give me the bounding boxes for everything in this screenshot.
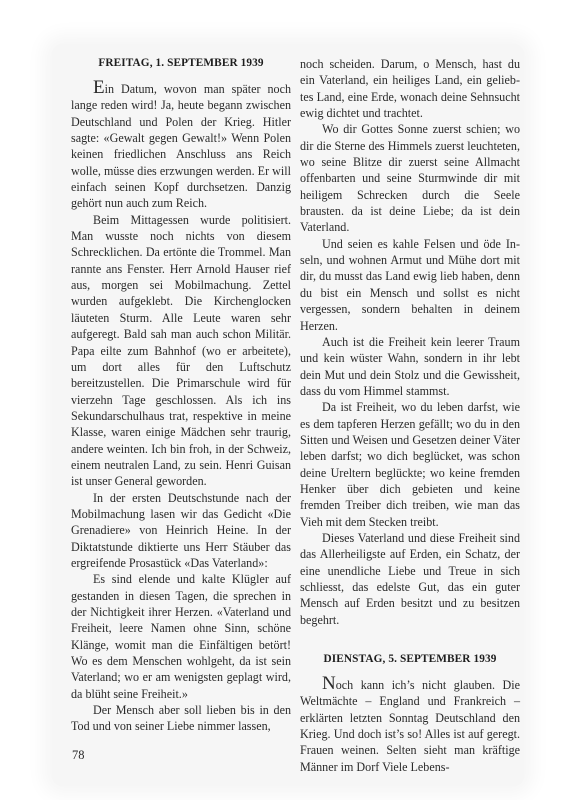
quoted-paragraph: Auch ist die Freiheit kein leerer Traum …: [300, 334, 520, 399]
paragraph: In der ersten Deutschstunde nach der Mob…: [71, 490, 291, 572]
quoted-paragraph: Und seien es kahle Felsen und öde In­sel…: [300, 236, 520, 334]
page-number: 78: [72, 748, 85, 763]
paragraph: Beim Mittagessen wurde politisiert. Man …: [71, 212, 291, 490]
drop-cap: N: [322, 673, 336, 694]
diary-entry-heading: FREITAG, 1. SEPTEMBER 1939: [71, 56, 291, 70]
quoted-paragraph: noch scheiden. Darum, o Mensch, hast du …: [300, 56, 520, 121]
paragraph: Ein Datum, wovon man später noch lange r…: [71, 81, 291, 212]
quoted-paragraph: Es sind elende und kalte Klügler auf ges…: [71, 571, 291, 702]
quoted-paragraph: Der Mensch aber soll lieben bis in den T…: [71, 702, 291, 735]
right-column: noch scheiden. Darum, o Mensch, hast du …: [300, 56, 520, 775]
diary-entry-heading: DIENSTAG, 5. SEPTEMBER 1939: [300, 652, 520, 666]
quoted-paragraph: Da ist Freiheit, wo du leben darfst, wie…: [300, 399, 520, 530]
quoted-paragraph: Dieses Vaterland und diese Freiheit sind…: [300, 530, 520, 628]
left-column: FREITAG, 1. SEPTEMBER 1939 Ein Datum, wo…: [71, 56, 291, 735]
quoted-paragraph: Wo dir Gottes Sonne zuerst schien; wo di…: [300, 121, 520, 235]
paragraph: Noch kann ich’s nicht glauben. Die Weltm…: [300, 677, 520, 775]
drop-cap: E: [93, 77, 105, 98]
section-spacer: [300, 628, 520, 652]
paragraph-text: in Datum, wovon man später noch lange re…: [71, 82, 291, 210]
